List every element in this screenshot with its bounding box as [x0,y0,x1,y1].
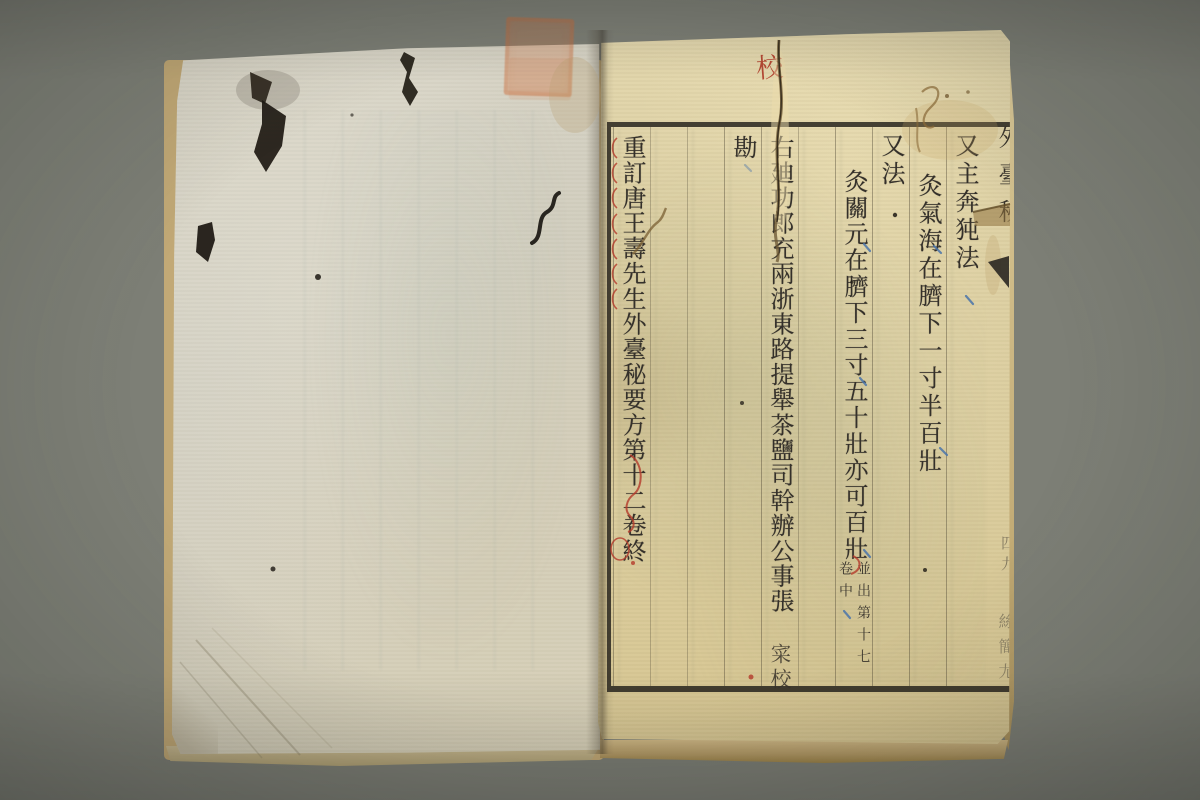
volume-end-column: 重訂唐王壽先生外臺秘要方第十二卷終 [613,127,650,686]
banxin-carver-marks: 絲簡尢 [992,613,1010,688]
colophon-column-kan: 勘 [724,127,761,686]
column-heading-another-method: 又法 [872,127,909,686]
note-left-subcolumn: 卷中 [836,561,854,671]
banxin-running-title: 外臺秘 [993,125,1010,236]
blank-column [650,127,687,686]
blank-column [687,127,724,686]
photo-of-open-book: 又主奔㹠法 灸氣海在臍下一寸半百壯 又法 灸關元在臍下三寸五十壯亦可百壯 右廸功… [0,0,1200,800]
book-bottom-edge-right [600,740,1008,763]
blank-column [798,127,835,686]
dog-ear-corner [172,690,218,754]
orange-seal-impression-faded [509,57,572,100]
note-right-subcolumn: 並出第十七 [854,561,872,671]
column-also-treats-bentun: 又主奔㹠法 [946,127,983,686]
banxin-page-number: 四九 [995,535,1010,577]
colophon-signature-tail: 寀校 [761,643,798,693]
left-page-blank-verso [172,44,600,754]
right-page-printed: 又主奔㹠法 灸氣海在臍下一寸半百壯 又法 灸關元在臍下三寸五十壯亦可百壯 右廸功… [598,30,1010,744]
column-moxa-qihai: 灸氣海在臍下一寸半百壯 [909,127,946,686]
handwritten-red-proof-mark: 校 [755,45,785,86]
interlinear-source-note: 並出第十七 卷中 [835,561,872,671]
colophon-column: 右廸功郎充兩浙東路提舉茶鹽司幹辦公事張 [761,127,798,686]
ruled-lines-showthrough [304,110,566,670]
